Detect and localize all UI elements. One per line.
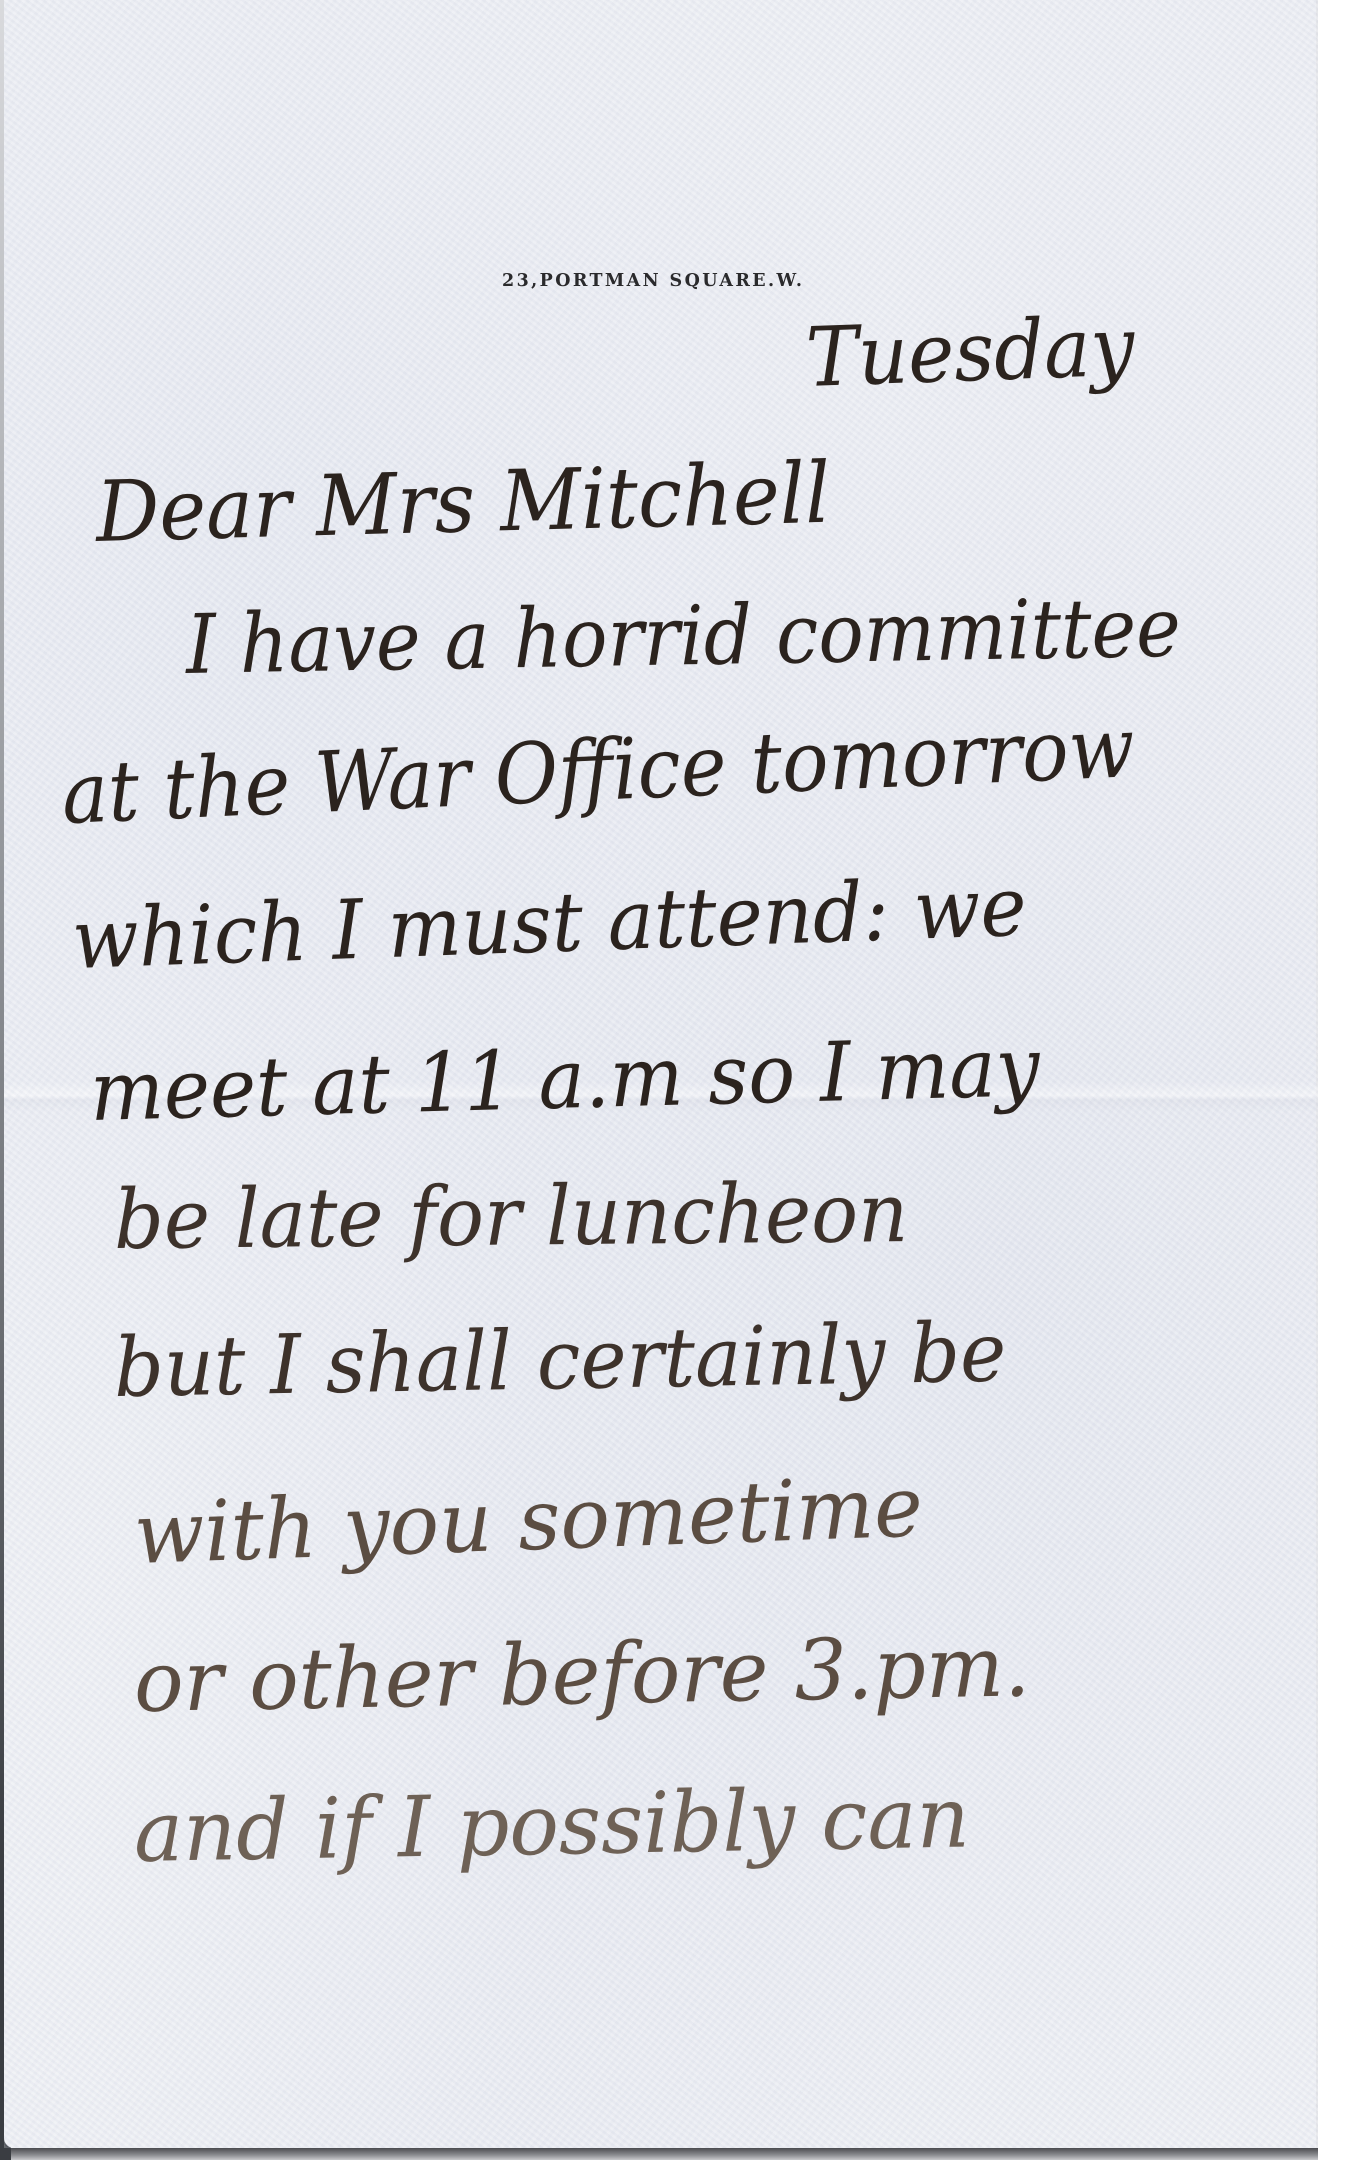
- letter-body-line: and if I possibly can: [133, 1775, 970, 1874]
- letter-body-line: I have a horrid committee: [185, 588, 1181, 687]
- letterhead-address: 23,PORTMAN SQUARE.W.: [502, 271, 804, 291]
- letter-body-line: or other before 3.pm.: [133, 1624, 1030, 1724]
- letter-body-line: but I shall certainly be: [113, 1312, 1007, 1410]
- letter-salutation: Dear Mrs Mitchell: [95, 451, 831, 554]
- paper-bottom-shadow: [11, 2148, 1318, 2160]
- letter-body-line: with you sometime: [133, 1464, 925, 1575]
- letter-body-line: meet at 11 a.m so I may: [89, 1027, 1041, 1134]
- letter-body-line: be late for luncheon: [114, 1173, 909, 1262]
- letter-date: Tuesday: [805, 307, 1136, 400]
